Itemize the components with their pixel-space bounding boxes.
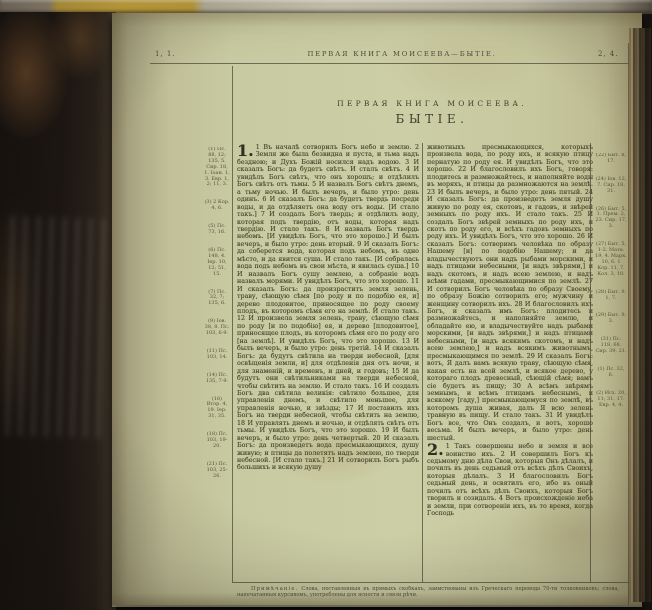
- book-photo: 1, 1. ПЕРВАЯ КНИГА МОИСЕЕВА—БЫТІЕ. 2, 4.…: [0, 0, 652, 610]
- running-head-rule: [150, 63, 632, 64]
- running-head: 1, 1. ПЕРВАЯ КНИГА МОИСЕЕВА—БЫТІЕ. 2, 4.: [112, 50, 642, 62]
- margin-reference: (31) Пс. 118, 68. Сир. 39, 21.: [595, 337, 627, 355]
- genesis-1-continued-text: животныхъ пресмыкающихся, которыхъ произ…: [427, 144, 593, 442]
- genesis-2-verses-1-4a: 1 Такъ совершены небо и земля и все воин…: [427, 443, 593, 517]
- margin-reference: (6) Пс. 148, 4. Іер. 10, 12; 51, 15.: [204, 248, 230, 278]
- book-gutter-shadow: [0, 12, 116, 610]
- footnote-rule: [232, 582, 629, 583]
- column-divider-rule: [422, 143, 423, 582]
- margin-reference: (26) Быт. 5, 1. Прем. 2, 23. Сир. 17, 3.: [595, 207, 627, 231]
- genesis-chapter2-start: 2.1 Такъ совершены небо и земля и все во…: [427, 443, 593, 518]
- chapter-1-dropcap: 1.: [237, 144, 254, 158]
- book-page: 1, 1. ПЕРВАЯ КНИГА МОИСЕЕВА—БЫТІЕ. 2, 4.…: [112, 13, 642, 605]
- margin-reference: (7) Пс. 32, 7; 135, 6.: [204, 290, 230, 308]
- margin-reference: (22) Быт. 8, 17.: [595, 153, 627, 165]
- margin-reference: (2) Исх. 20, 11; 31, 17. Евр. 4, 4.: [595, 391, 627, 409]
- margin-reference: (14) Пс. 135, 7-9.: [204, 373, 230, 385]
- margin-reference: (9) Іов. 38, 8. Пс. 103, 6-9.: [204, 319, 230, 337]
- margin-reference: (18) Пс. 103, 19-20.: [204, 432, 230, 450]
- margin-reference: (29) Быт. 9, 3.: [595, 313, 627, 325]
- margin-reference: (11) Пс. 103, 14.: [204, 349, 230, 361]
- margin-reference: (3) 2 Кор. 4, 6.: [204, 200, 230, 212]
- genesis-chapter1-start: 1.1 Въ началѣ сотворилъ Богъ небо и земл…: [237, 144, 419, 472]
- book-title-line2: БЫТІЕ.: [222, 112, 642, 126]
- running-head-left-ref: 1, 1.: [155, 50, 176, 58]
- margin-reference: (5) Пс. 73, 16.: [204, 224, 230, 236]
- right-text-column: животныхъ пресмыкающихся, которыхъ произ…: [427, 144, 593, 582]
- margin-reference: (28) Быт. 9, 1, 7.: [595, 290, 627, 302]
- text-block-left-rule: [232, 66, 233, 582]
- margin-reference: (16) Втор. 4, 19. Іер. 31, 35.: [204, 397, 230, 421]
- book-title-line1: ПЕРВАЯ КНИГА МОИСЕЕВА.: [222, 99, 642, 108]
- running-head-title: ПЕРВАЯ КНИГА МОИСЕЕВА—БЫТІЕ.: [192, 50, 612, 58]
- right-margin-references: (22) Быт. 8, 17.(24) Іов. 12, 7. Сир. 18…: [595, 153, 627, 580]
- left-margin-references: (1) Пс. 88, 12; 135, 5. Сир. 18, 1. Іоан…: [204, 147, 230, 580]
- left-text-column: 1.1 Въ началѣ сотворилъ Богъ небо и земл…: [237, 144, 419, 582]
- book-title: ПЕРВАЯ КНИГА МОИСЕЕВА. БЫТІЕ.: [222, 99, 642, 126]
- running-head-right-ref: 2, 4.: [598, 50, 619, 58]
- margin-reference: (24) Іов. 12, 7. Сир. 18, 31.: [595, 177, 627, 195]
- margin-reference: (21) Пс. 103, 25-26.: [204, 462, 230, 480]
- footnote: Примѣчаніе. Слова, поставленныя въ прямы…: [237, 586, 619, 604]
- book-fore-edge-pages: [629, 28, 651, 602]
- margin-reference: (1) Пс. 88, 12; 135, 5. Сир. 18, 1. Іоан…: [204, 147, 230, 188]
- margin-reference: (1) Пс. 32, 6.: [595, 367, 627, 379]
- chapter-2-dropcap: 2.: [427, 443, 444, 457]
- margin-reference: (27) Быт. 5, 1-2. Матѳ. 19, 4. Марк. 10,…: [595, 242, 627, 277]
- page-showthrough: [5, 216, 107, 438]
- genesis-1-verses-1-21a: 1 Въ началѣ сотворилъ Богъ небо и землю.…: [237, 144, 419, 471]
- genesis-1-verses-21b-31: животныхъ пресмыкающихся, которыхъ произ…: [427, 144, 593, 442]
